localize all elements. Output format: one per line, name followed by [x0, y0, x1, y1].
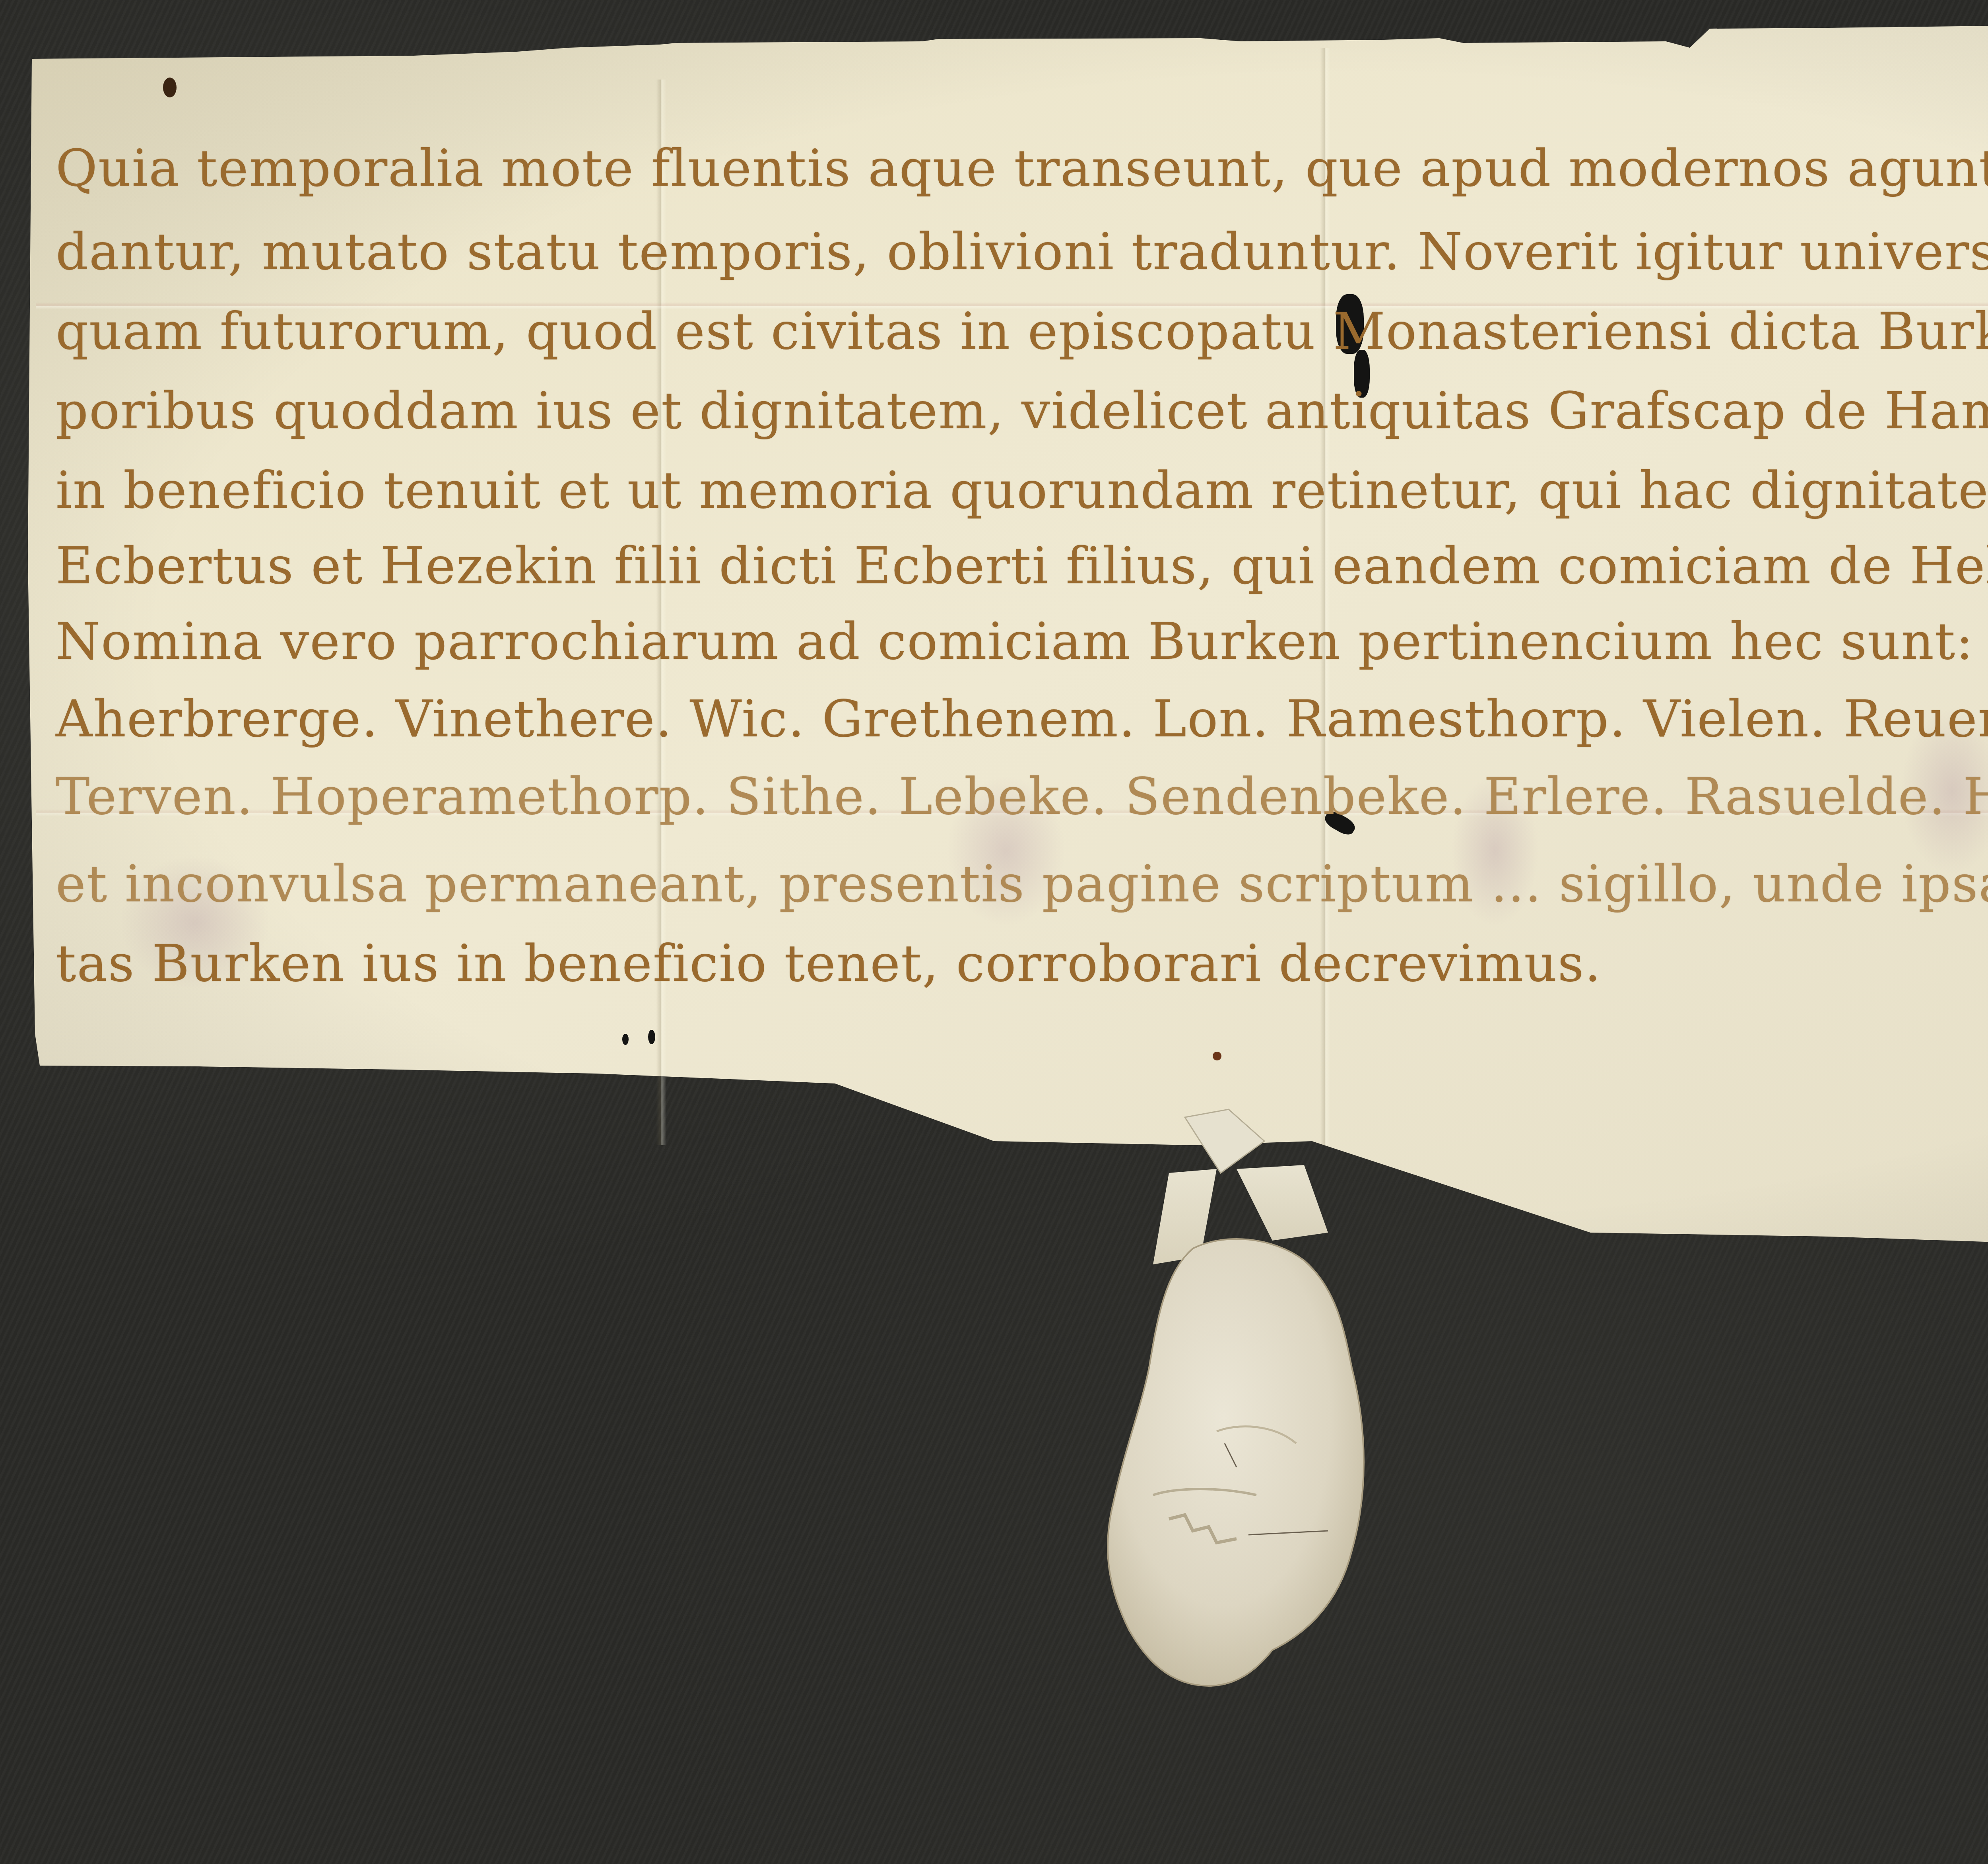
text-line-3: quam futurorum, quod est civitas in epis…: [56, 306, 1988, 357]
text-line-6: Ecbertus et Hezekin filii dicti Ecberti …: [56, 541, 1988, 592]
wax-seal: [1050, 1074, 1408, 1829]
text-line-10: et inconvulsa permaneant, presentis pagi…: [56, 859, 1988, 910]
damage-hole: [1213, 1052, 1221, 1060]
damage-hole: [622, 1034, 629, 1045]
text-line-7: Nomina vero parrochiarum ad comiciam Bur…: [56, 616, 1988, 667]
text-line-9: Terven. Hoperamethorp. Sithe. Lebeke. Se…: [56, 771, 1988, 822]
text-line-1: Quia temporalia mote fluentis aque trans…: [56, 143, 1988, 194]
text-line-8: Aherbrerge. Vinethere. Wic. Grethenem. L…: [56, 694, 1988, 745]
damage-hole: [163, 78, 177, 97]
text-line-5: in beneficio tenuit et ut memoria quorun…: [56, 465, 1988, 516]
text-line-2: dantur, mutato statu temporis, oblivioni…: [56, 227, 1988, 278]
damage-hole: [648, 1030, 655, 1044]
seal-icon: [1050, 1074, 1408, 1829]
text-line-4: poribus quoddam ius et dignitatem, videl…: [56, 386, 1988, 437]
text-line-11: tas Burken ius in beneficio tenet, corro…: [56, 938, 1602, 989]
